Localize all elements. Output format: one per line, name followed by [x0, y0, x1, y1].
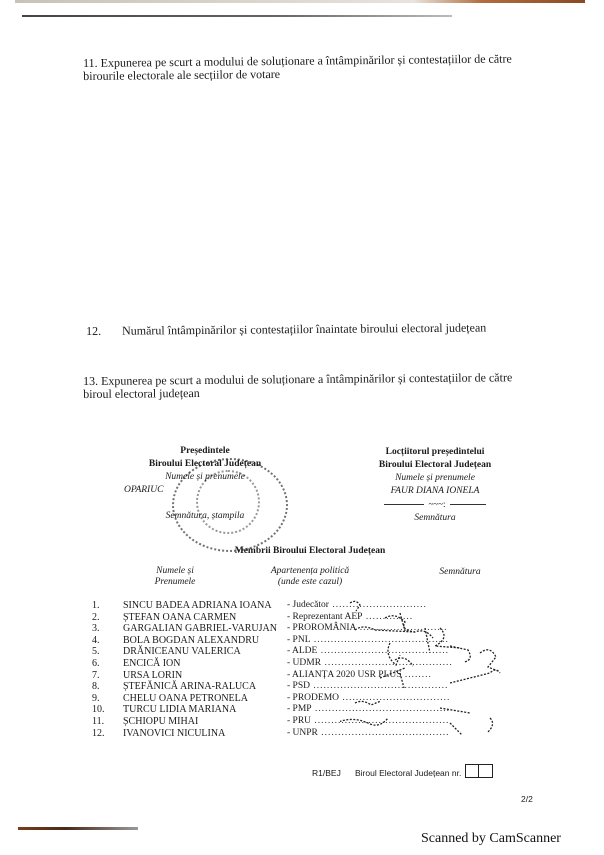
bej-number-label: Biroul Electoral Județean nr.	[355, 768, 461, 778]
member-party-label: Judecător	[293, 600, 329, 610]
header-party: Apartenența politică (unde este cazul)	[260, 566, 360, 588]
member-party-label: UNPR	[293, 728, 318, 738]
page-number: 2/2	[521, 794, 533, 804]
header-name: Numele și Prenumele	[140, 566, 210, 588]
form-code: R1/BEJ	[312, 768, 341, 778]
member-number: 3.	[92, 623, 112, 635]
deputy-title: Locțiitorul președintelui	[350, 446, 520, 459]
member-name: IVANOVICI NICULINA	[123, 728, 225, 740]
section-11: 11. Expunerea pe scurt a modului de solu…	[83, 52, 543, 83]
section-12: 12. Numărul întâmpinărilor și contestați…	[86, 321, 506, 325]
member-number: 7.	[92, 670, 112, 682]
header-signature: Semnătura	[425, 567, 495, 578]
section-12-number: 12.	[86, 325, 116, 338]
member-name: DRĂNICEANU VALERICA	[123, 646, 241, 658]
member-party-label: PRODEMO	[293, 693, 339, 703]
member-party-label: UDMR	[293, 658, 322, 668]
member-party-label: PRU	[293, 716, 311, 726]
member-name: BOLA BOGDAN ALEXANDRU	[123, 635, 259, 647]
member-number: 12.	[92, 728, 112, 740]
member-name: ȘTEFAN OANA CARMEN	[123, 612, 236, 624]
member-number: 11.	[92, 716, 112, 728]
bej-number-box	[465, 764, 493, 778]
deputy-signature-line: ~~~:	[350, 498, 520, 512]
member-name: ENCICĂ ION	[123, 658, 181, 670]
member-number: 2.	[92, 612, 112, 624]
member-party-label: PNL	[293, 635, 311, 645]
member-name: TURCU LIDIA MARIANA	[123, 704, 236, 716]
deputy-subtitle: Biroului Electoral Județean	[350, 459, 520, 472]
member-number: 5.	[92, 646, 112, 658]
president-subtitle: Biroului Electoral Județean	[120, 458, 290, 471]
member-number: 4.	[92, 635, 112, 647]
president-block: Președintele Biroului Electoral Județean…	[120, 445, 290, 523]
deputy-block: Locțiitorul președintelui Biroului Elect…	[350, 446, 520, 525]
member-name: URSA LORIN	[123, 670, 182, 682]
member-number: 1.	[92, 600, 112, 612]
scan-edge-top	[15, 0, 585, 3]
member-number: 6.	[92, 658, 112, 670]
member-party-label: ALDE	[292, 646, 317, 656]
section-12-text: Numărul întâmpinărilor și contestațiilor…	[122, 321, 502, 337]
section-13: 13. Expunerea pe scurt a modului de solu…	[83, 371, 543, 401]
scanner-watermark: Scanned by CamScanner	[421, 831, 561, 847]
president-name-label: Numele și prenumele	[120, 471, 290, 484]
member-name: SINCU BADEA ADRIANA IOANA	[123, 600, 272, 612]
bottom-rule	[18, 827, 138, 830]
member-name: ȘCHIOPU MIHAI	[123, 716, 198, 728]
member-name: GARGALIAN GABRIEL-VARUJAN	[123, 623, 277, 635]
member-party-label: PMP	[293, 704, 312, 714]
deputy-sign-label: Semnătura	[350, 512, 520, 525]
member-number: 10.	[92, 704, 112, 716]
deputy-name: FAUR DIANA IONELA	[350, 485, 520, 498]
signatures-scrawl	[340, 598, 520, 748]
member-number: 9.	[92, 693, 112, 705]
deputy-name-label: Numele și prenumele	[350, 472, 520, 485]
member-name: ȘTEFĂNICĂ ARINA-RALUCA	[123, 681, 256, 693]
president-sign-label: Semnătura, ștampila	[120, 510, 290, 523]
members-title: Membrii Biroului Electoral Județean	[200, 546, 420, 556]
member-party-label: PSD	[293, 681, 310, 691]
president-title: Președintele	[120, 445, 290, 458]
top-rule	[22, 15, 452, 17]
member-number: 8.	[92, 681, 112, 693]
president-name: OPARIUC	[120, 484, 290, 497]
member-name: CHELU OANA PETRONELA	[123, 693, 248, 705]
